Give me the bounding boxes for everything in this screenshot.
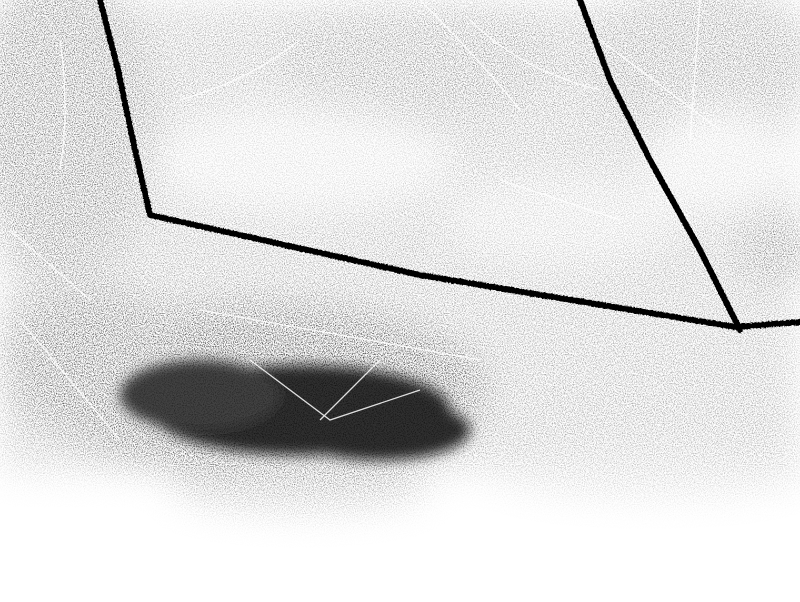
artwork-svg [0,0,800,602]
monoprint-artwork [0,0,800,602]
